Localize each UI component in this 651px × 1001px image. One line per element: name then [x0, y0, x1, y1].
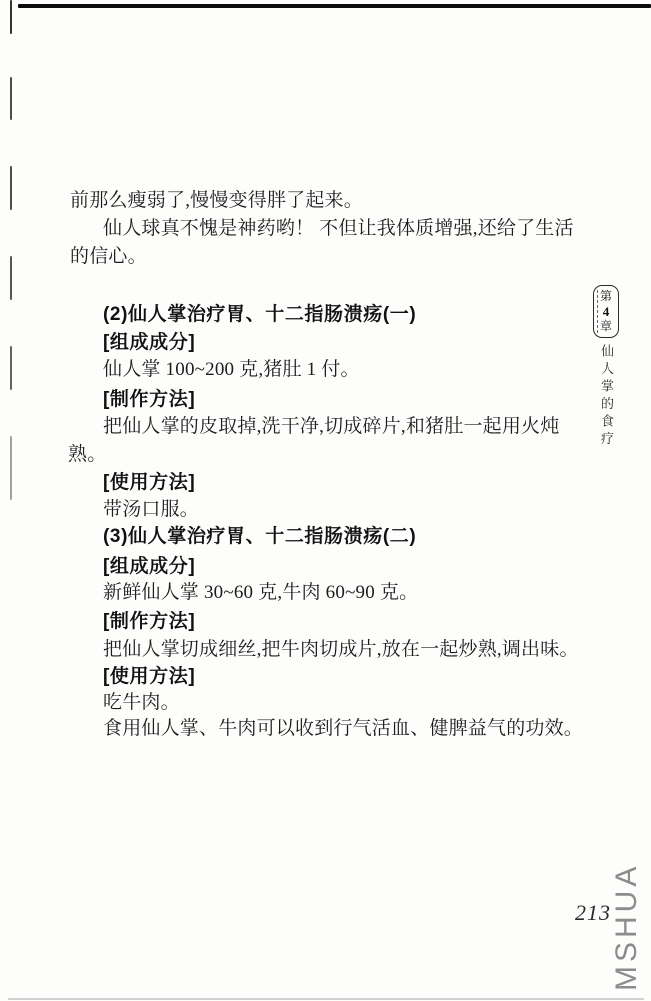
chapter-suffix: 章	[600, 319, 612, 334]
chapter-title-vertical: 仙人掌的食疗	[597, 344, 616, 449]
chapter-prefix: 第	[600, 289, 612, 304]
label-heading: [使用方法]	[103, 471, 195, 494]
body-text-line: 仙人掌 100~200 克,猪肚 1 付。	[103, 358, 360, 381]
top-border-rule	[18, 4, 651, 8]
body-text-line: 吃牛肉。	[103, 691, 180, 714]
body-text-line: 带汤口服。	[103, 498, 199, 521]
body-text-line: 的信心。	[70, 245, 147, 268]
binding-mark	[10, 256, 12, 300]
watermark-text: MSHUA	[611, 863, 642, 991]
body-text-line: 食用仙人掌、牛肉可以收到行气活血、健脾益气的功效。	[103, 717, 583, 740]
chapter-tab: 第 4 章	[593, 285, 619, 338]
body-text-line: 把仙人掌的皮取掉,洗干净,切成碎片,和猪肚一起用火炖	[103, 415, 559, 438]
bottom-border-rule	[8, 998, 644, 1000]
section-heading: (2)仙人掌治疗胃、十二指肠溃疡(一)	[103, 303, 416, 326]
section-heading: (3)仙人掌治疗胃、十二指肠溃疡(二)	[103, 525, 416, 548]
body-text-line: 前那么瘦弱了,慢慢变得胖了起来。	[70, 189, 363, 212]
body-text-line: 把仙人掌切成细丝,把牛肉切成片,放在一起炒熟,调出味。	[103, 638, 579, 661]
body-text-line: 新鲜仙人掌 30~60 克,牛肉 60~90 克。	[103, 581, 418, 604]
page-number: 213	[575, 900, 611, 926]
binding-mark	[10, 0, 12, 34]
label-heading: [使用方法]	[103, 665, 195, 688]
label-heading: [制作方法]	[103, 610, 195, 633]
label-heading: [组成成分]	[103, 555, 195, 578]
body-text-line: 仙人球真不愧是神药哟！ 不但让我体质增强,还给了生活	[103, 217, 574, 240]
book-page: 前那么瘦弱了,慢慢变得胖了起来。 仙人球真不愧是神药哟！ 不但让我体质增强,还给…	[0, 0, 651, 1001]
label-heading: [组成成分]	[103, 331, 195, 354]
label-heading: [制作方法]	[103, 388, 195, 411]
binding-mark	[10, 346, 12, 390]
binding-mark	[10, 436, 12, 500]
body-text-line: 熟。	[68, 443, 106, 466]
binding-mark	[10, 166, 12, 210]
binding-mark	[10, 77, 12, 120]
chapter-number: 4	[603, 304, 610, 319]
